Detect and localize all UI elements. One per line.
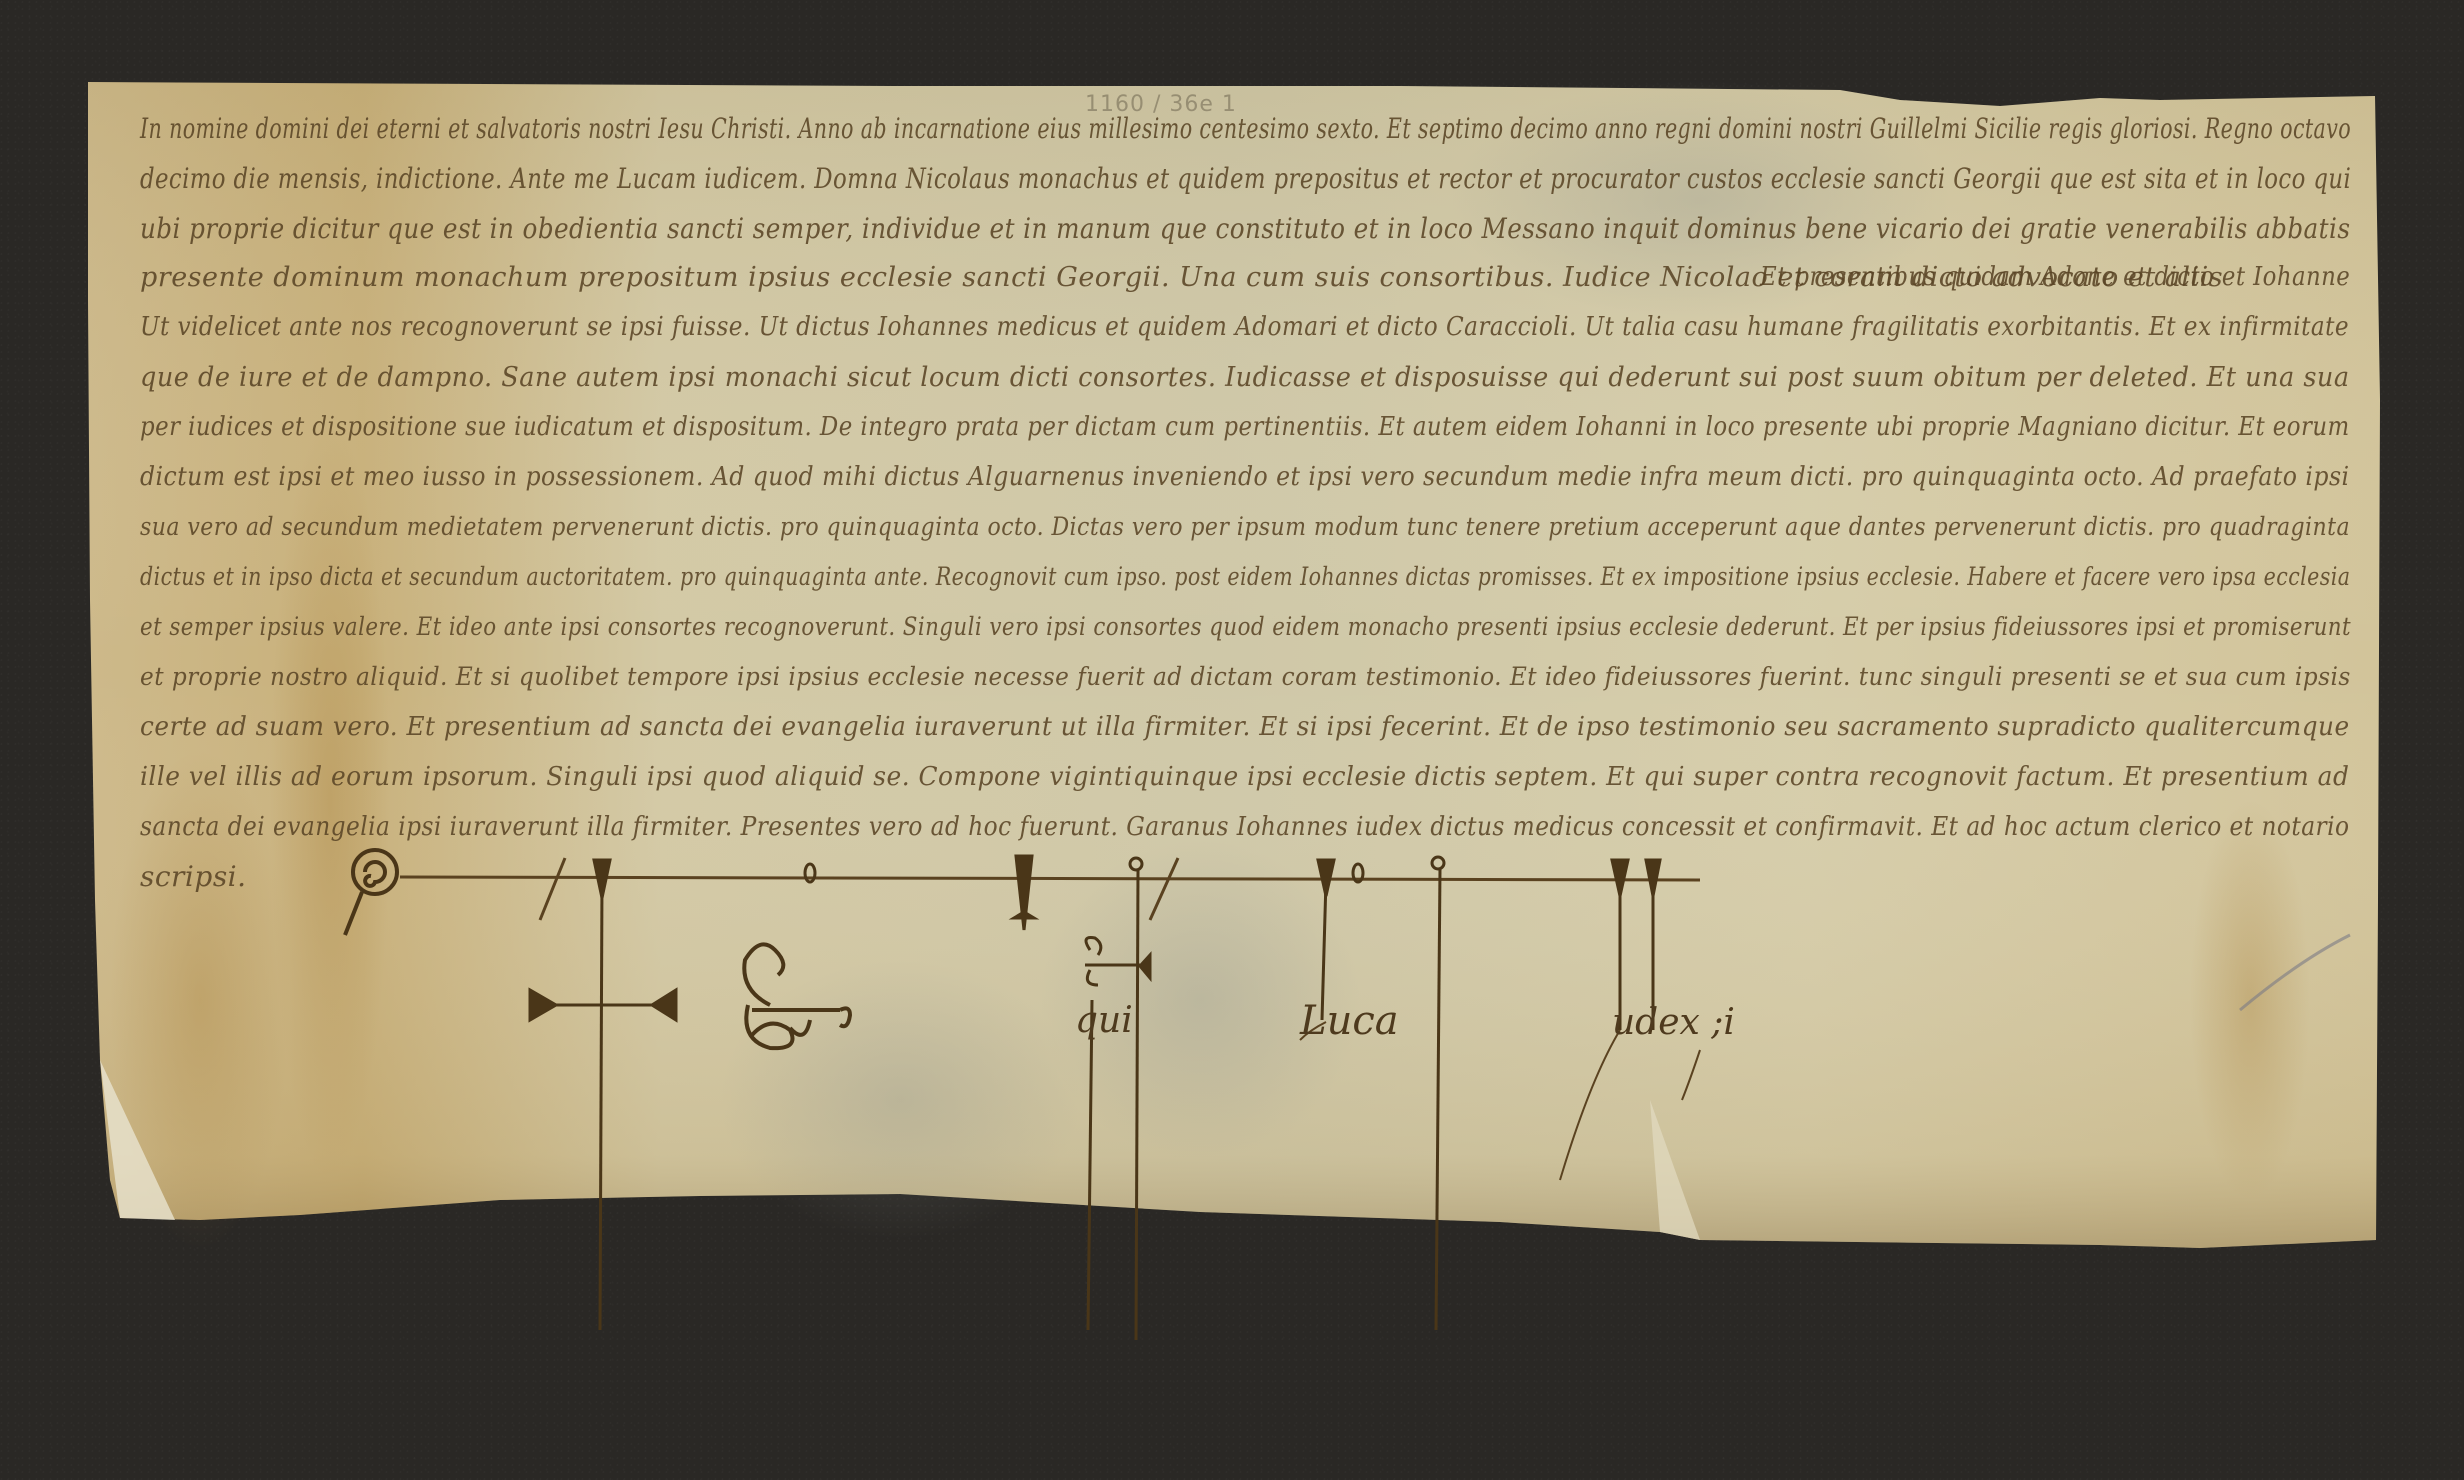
text-line: ille vel illis ad eorum ipsorum. Singuli… [140,762,2349,792]
text-line: ubi proprie dicitur que est in obedienti… [140,212,2350,245]
text-line: que de iure et de dampno. Sane autem ips… [140,362,2350,393]
text-line: Et presentibus quidam Adone et dicto et … [1760,262,2350,292]
text-line: dictum est ipsi et meo iusso in possessi… [140,462,2350,492]
subscription-qui: qui [1075,1000,1133,1041]
charter-text: 1160 / 36e 1 In nomine domini dei eterni… [0,0,2464,1480]
text-line: Ut videlicet ante nos recognoverunt se i… [140,312,2349,342]
text-line: et proprie nostro aliquid. Et si quolibe… [140,662,2351,691]
text-line: sua vero ad secundum medietatem pervener… [140,512,2350,541]
subscription-iudex: udex ;i [1612,1002,1735,1043]
text-line: per iudices et dispositione sue iudicatu… [140,412,2350,442]
text-line: In nomine domini dei eterni et salvatori… [140,112,2351,145]
text-line: scripsi. [140,860,247,893]
text-line: sancta dei evangelia ipsi iuraverunt ill… [140,812,2349,842]
text-line: et semper ipsius valere. Et ideo ante ip… [140,612,2351,641]
text-line: decimo die mensis, indictione. Ante me L… [140,162,2351,195]
subscription-luca: Luca [1300,998,1399,1044]
text-line: dictus et in ipso dicta et secundum auct… [140,562,2350,591]
text-line: certe ad suam vero. Et presentium ad san… [140,712,2350,742]
